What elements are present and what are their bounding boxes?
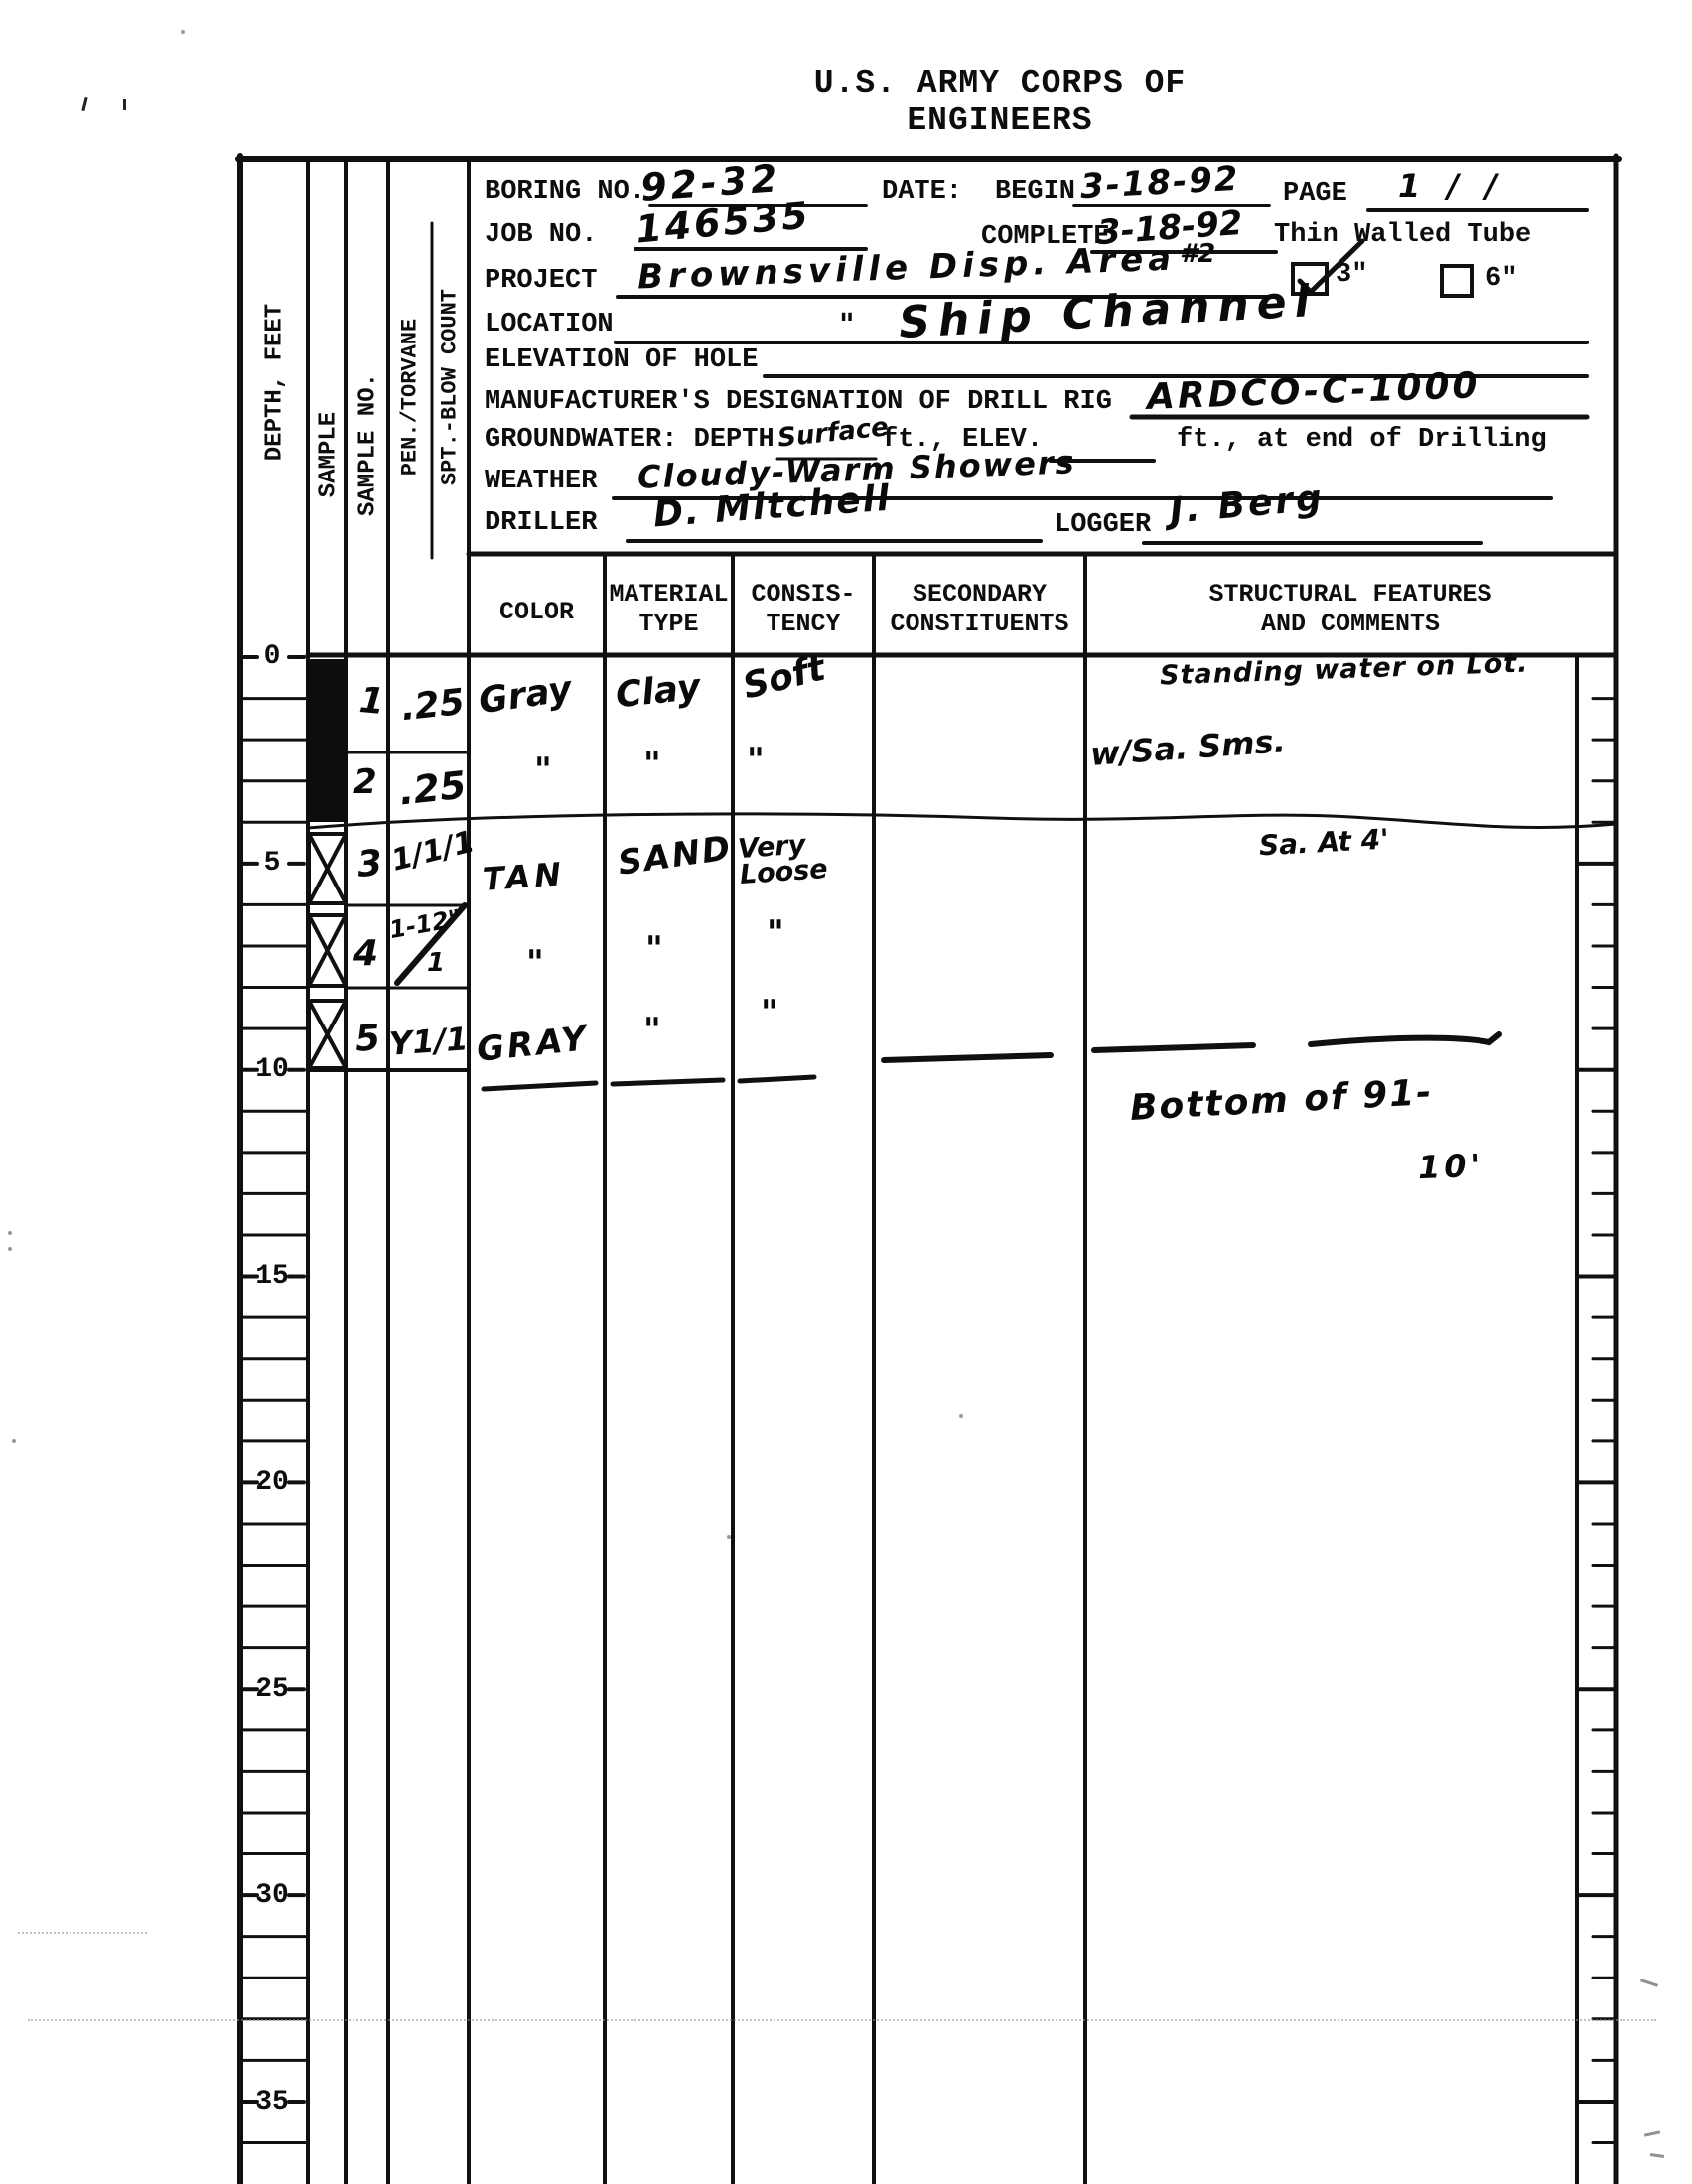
scan-artifact — [959, 1414, 963, 1418]
depth-label-10: 10 — [238, 1054, 306, 1085]
depth-label-30: 30 — [238, 1880, 306, 1911]
sample-4-consistency-ditto: " — [767, 917, 784, 949]
sample-1-material: Clay — [614, 671, 702, 714]
sample-1-pen: .25 — [399, 686, 466, 727]
weather-label: WEATHER — [485, 467, 597, 496]
scan-artifact — [8, 1231, 12, 1235]
column-header-structural-features: STRUCTURAL FEATURES AND COMMENTS — [1085, 580, 1616, 639]
split-spoon-box-5 — [309, 1001, 346, 1068]
drill-rig-label: MANUFACTURER'S DESIGNATION OF DRILL RIG — [485, 387, 1112, 417]
thin-walled-tube-label: Thin Walled Tube — [1274, 220, 1531, 250]
sample-4-pen-bottom: 1 — [427, 951, 445, 976]
scan-artifact — [8, 1247, 12, 1251]
depth-label-35: 35 — [238, 2087, 306, 2117]
sample-5-pen: Y1/1 — [388, 1024, 469, 1059]
sample-3-consistency: Very Loose — [737, 831, 828, 887]
depth-label-25: 25 — [238, 1674, 306, 1705]
depth-label-15: 15 — [238, 1261, 306, 1292]
scan-artifact — [123, 99, 126, 110]
location-ditto: " — [839, 312, 855, 341]
sample-5-color: GRAY — [476, 1023, 591, 1066]
depth-label-0: 0 — [238, 641, 306, 672]
tube-3in-label: 3" — [1336, 260, 1367, 290]
column-header-consistency: CONSIS- TENCY — [733, 580, 874, 639]
logger-label: LOGGER — [1055, 510, 1151, 540]
scan-artifact — [181, 30, 185, 34]
scan-artifact — [18, 1932, 147, 1934]
sample-3-color: TAN — [482, 859, 566, 894]
groundwater-label: GROUNDWATER: DEPTH — [485, 425, 775, 455]
sample-2-no: 2 — [353, 766, 377, 798]
scan-artifact — [28, 2019, 1656, 2021]
column-header-secondary-constituents: SECONDARY CONSTITUENTS — [874, 580, 1085, 639]
sample-4-material-ditto: " — [645, 933, 663, 965]
begin-date-value: 3-18-92 — [1079, 163, 1240, 204]
side-label-depth-feet: DEPTH, FEET — [262, 304, 289, 461]
sample-2-color-ditto: " — [534, 754, 552, 786]
side-label-sample-no: SAMPLE NO. — [355, 373, 382, 516]
scan-artifact — [12, 1439, 16, 1443]
note-bottom-depth: 10' — [1417, 1151, 1483, 1183]
date-label: DATE: — [882, 177, 962, 206]
sample-2-pen: .25 — [397, 767, 468, 810]
scan-artifact — [727, 1535, 731, 1539]
project-superscript: #2 — [1180, 242, 1215, 267]
depth-label-20: 20 — [238, 1467, 306, 1498]
column-header-color: COLOR — [469, 598, 605, 627]
page-value: 1 / / — [1398, 171, 1505, 201]
checkbox-6in — [1442, 266, 1472, 296]
boring-no-label: BORING NO. — [485, 177, 645, 206]
sample-1-no: 1 — [358, 684, 386, 720]
location-label: LOCATION — [485, 310, 614, 340]
sample-2-material-ditto: " — [643, 749, 661, 780]
column-header-material-type: MATERIAL TYPE — [605, 580, 733, 639]
side-label-spt-blow-count: SPT.-BLOW COUNT — [438, 289, 463, 485]
sample-5-material-ditto: " — [643, 1015, 661, 1046]
tube-sample-bar — [306, 659, 348, 822]
tube-6in-label: 6" — [1485, 264, 1517, 294]
depth-label-5: 5 — [238, 848, 306, 879]
sample-5-consistency-ditto: " — [761, 997, 778, 1028]
elevation-label: ELEVATION OF HOLE — [485, 345, 758, 375]
boring-log-page: U.S. ARMY CORPS OF ENGINEERS DEPTH, FEET… — [0, 0, 1692, 2184]
sample-4-color-ditto: " — [526, 947, 544, 979]
side-label-pen-torvane: PEN./TORVANE — [398, 319, 423, 476]
side-label-sample: SAMPLE — [316, 412, 343, 497]
sample-4-no: 4 — [353, 937, 378, 971]
note-sand-at-4ft: Sa. At 4' — [1258, 827, 1389, 860]
begin-label: BEGIN — [995, 177, 1075, 206]
page-title: U.S. ARMY CORPS OF ENGINEERS — [717, 66, 1283, 139]
sample-2-consistency-ditto: " — [747, 745, 765, 776]
stratum-boundary-line — [308, 814, 1616, 828]
page-label: PAGE — [1283, 179, 1347, 208]
driller-label: DRILLER — [485, 508, 597, 538]
job-no-label: JOB NO. — [485, 220, 597, 250]
split-spoon-box-3 — [309, 834, 346, 903]
sample-5-no: 5 — [354, 1022, 381, 1057]
project-label: PROJECT — [485, 266, 597, 296]
ft-end-label: ft., at end of Drilling — [1177, 425, 1547, 455]
sample-3-no: 3 — [356, 847, 384, 883]
split-spoon-box-4 — [309, 915, 346, 986]
